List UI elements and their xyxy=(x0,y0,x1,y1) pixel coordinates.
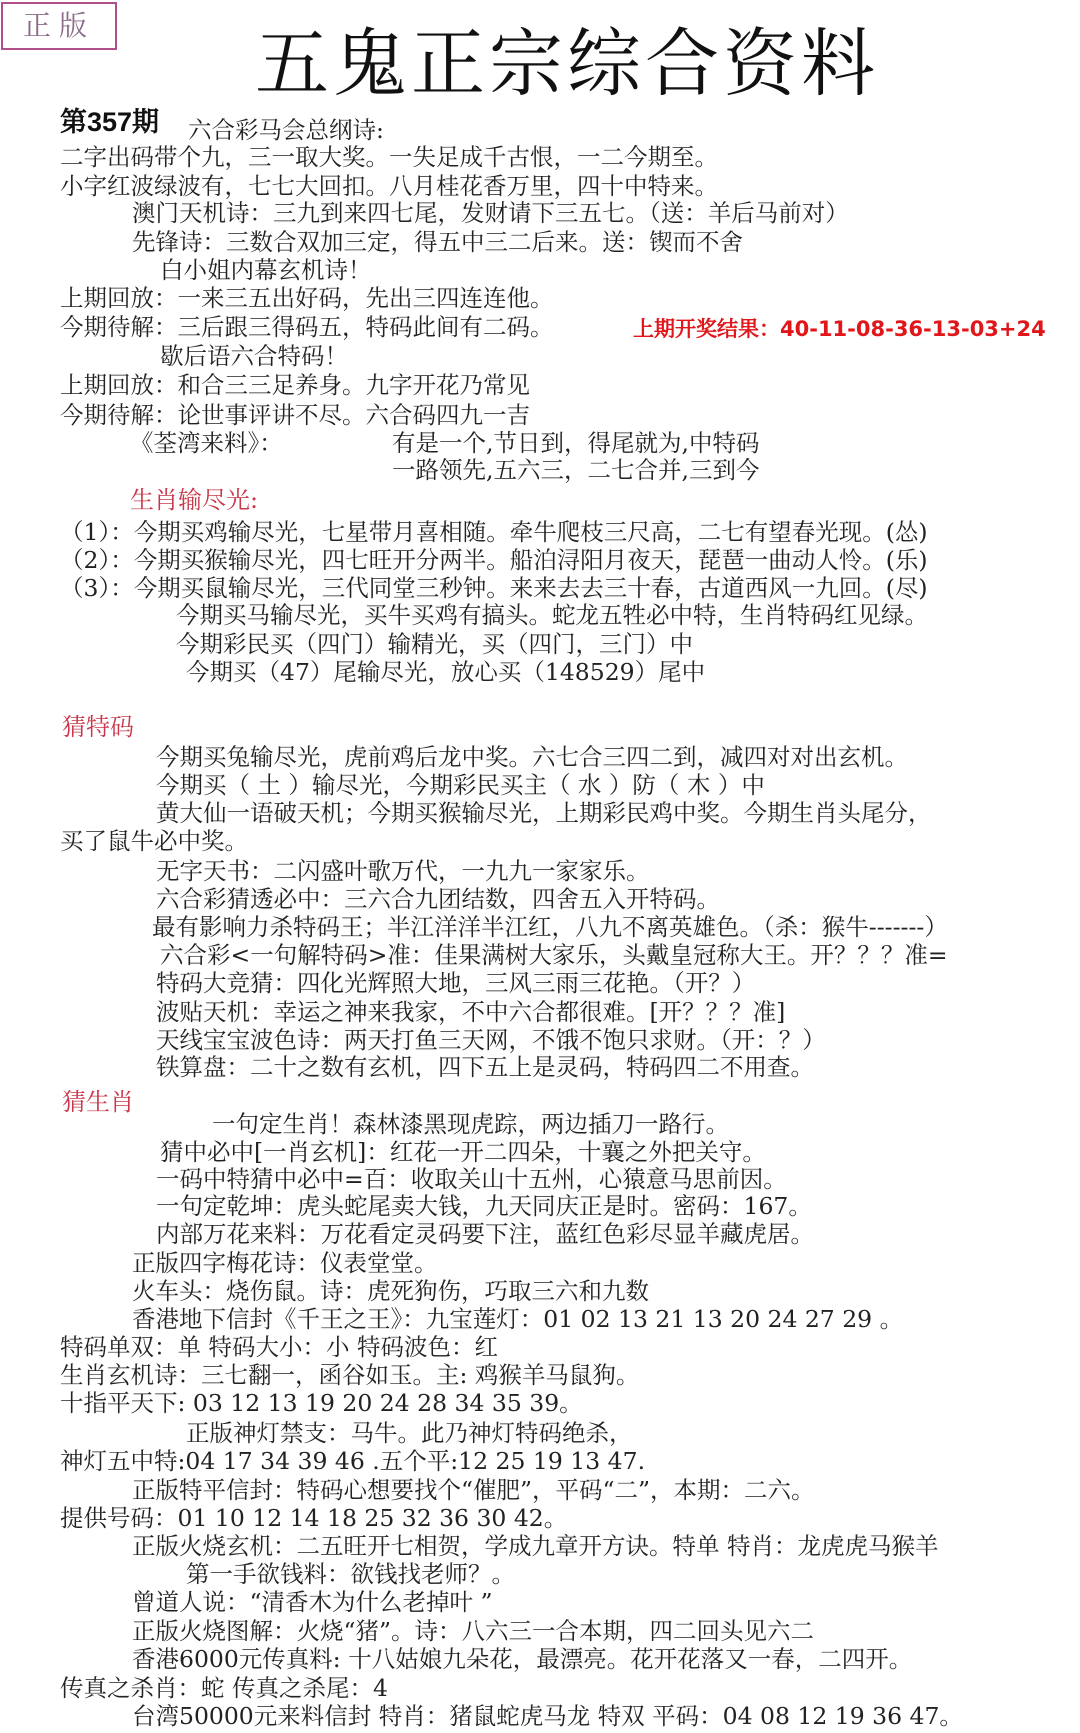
text-line: 最有影响力杀特码王；半江洋洋半江红，八九不离英雄色。（杀：猴牛-------） xyxy=(152,913,948,941)
text-line: 澳门天机诗：三九到来四七尾，发财请下三五七。（送：羊后马前对） xyxy=(132,199,849,227)
text-line: 黄大仙一语破天机；今期买猴输尽光，上期彩民鸡中奖。今期生肖头尾分， xyxy=(156,799,932,827)
text-line: （2）：今期买猴输尽光，四七旺开分两半。船泊浔阳月夜天，琵琶一曲动人怜。(乐) xyxy=(60,546,928,574)
text-line: 正版火烧玄机：二五旺开七相贺，学成九章开方诀。特单 特肖：龙虎虎马猴羊 xyxy=(132,1532,938,1560)
text-line: 传真之杀肖：蛇 传真之杀尾：4 xyxy=(60,1674,388,1702)
text-line: （1）：今期买鸡输尽光，七星带月喜相随。牵牛爬枝三尺高，二七有望春光现。(怂) xyxy=(60,518,928,546)
text-line: （3）：今期买鼠输尽光，三代同堂三秒钟。来来去去三十春，古道西风一九回。(尽) xyxy=(60,574,928,602)
text-line: 波贴天机：幸运之神来我家，不中六合都很难。[开？？？准] xyxy=(156,998,785,1026)
text-line: 生肖玄机诗：三七翻一，函谷如玉。主: 鸡猴羊马鼠狗。 xyxy=(60,1361,639,1389)
text-line: 二字出码带个九，三一取大奖。一失足成千古恨，一二今期至。 xyxy=(60,143,718,171)
text-line: 今期买马输尽光，买牛买鸡有搞头。蛇龙五牲必中特，生肖特码红见绿。 xyxy=(176,601,928,629)
text-line: 第一手欲钱料：欲钱找老师？。 xyxy=(186,1560,515,1588)
section-heading-guess-zodiac: 猜生肖 xyxy=(62,1082,134,1117)
text-line: 正版火烧图解：火烧“猪”。诗：八六三一合本期，四二回头见六二 xyxy=(132,1617,814,1645)
text-line: 先锋诗：三数合双加三定，得五中三二后来。送：锲而不舍 xyxy=(132,228,743,256)
text-line: 今期待解：论世事评讲不尽。六合码四九一吉 xyxy=(60,401,530,429)
text-line: 香港6000元传真料: 十八姑娘九朵花，最漂亮。花开花落又一春，二四开。 xyxy=(132,1645,912,1673)
text-line: 歇后语六合特码！ xyxy=(160,342,348,370)
text-line: 买了鼠牛必中奖。 xyxy=(60,827,248,855)
text-line: 一码中特猜中必中=百：收取关山十五州，心猿意马思前因。 xyxy=(156,1165,787,1193)
text-line: 曾道人说：“清香木为什么老掉叶 ” xyxy=(132,1588,493,1616)
text-line: 一句定生肖！森林漆黑现虎踪，两边插刀一路行。 xyxy=(212,1110,729,1138)
text-line: 内部万花来料：万花看定灵码要下注，蓝红色彩尽显羊藏虎居。 xyxy=(156,1220,814,1248)
section-heading-zodiac-lose: 生肖输尽光: xyxy=(130,480,258,515)
text-line: 《荃湾来料》： xyxy=(130,429,283,457)
text-line: 小字红波绿波有，七七大回扣。八月桂花香万里，四十中特来。 xyxy=(60,172,718,200)
text-line: 今期待解：三后跟三得码五，特码此间有二码。 xyxy=(60,313,554,341)
text-line: 特码大竞猜：四化光辉照大地，三风三雨三花艳。（开？） xyxy=(156,969,755,997)
last-draw-result: 上期开奖结果：40-11-08-36-13-03+24 xyxy=(633,313,1046,343)
text-line: 铁算盘：二十之数有玄机，四下五上是灵码，特码四二不用查。 xyxy=(156,1053,814,1081)
text-line: 正版神灯禁支：马牛。此乃神灯特码绝杀， xyxy=(186,1419,633,1447)
text-line: 十指平天下: 03 12 13 19 20 24 28 34 35 39。 xyxy=(60,1389,583,1417)
text-line: 正版特平信封：特码心想要找个“催肥”，平码“二”，本期：二六。 xyxy=(132,1476,815,1504)
text-line: 提供号码：01 10 12 14 18 25 32 36 30 42。 xyxy=(60,1504,567,1532)
text-line: 香港地下信封《千王之王》：九宝莲灯：01 02 13 21 13 20 24 2… xyxy=(132,1305,903,1333)
text-line: 特码单双：单 特码大小：小 特码波色：红 xyxy=(60,1333,498,1361)
text-line: 台湾50000元来料信封 特肖：猪鼠蛇虎马龙 特双 平码：04 08 12 19… xyxy=(132,1702,963,1730)
text-line: 白小姐内幕玄机诗！ xyxy=(160,256,372,284)
text-line: 上期回放：和合三三足养身。九字开花乃常见 xyxy=(60,371,530,399)
text-line: 六合彩马会总纲诗: xyxy=(188,116,384,144)
text-line: 猜中必中[一肖玄机]：红花一开二四朵，十襄之外把关守。 xyxy=(160,1138,766,1166)
issue-number: 第357期 xyxy=(60,100,159,139)
text-line: 火车头：烧伤鼠。诗：虎死狗伤，巧取三六和九数 xyxy=(132,1277,649,1305)
text-line: 今期买（47）尾输尽光，放心买（148529）尾中 xyxy=(186,658,705,686)
authentic-stamp: 正版 xyxy=(1,2,117,50)
text-line: 神灯五中特:04 17 34 39 46 .五个平:12 25 19 13 47… xyxy=(60,1447,645,1475)
text-line: 有是一个,节日到，得尾就为,中特码 xyxy=(392,429,759,457)
text-line: 无字天书：二闪盛叶歌万代，一九九一家家乐。 xyxy=(156,857,650,885)
section-heading-guess-special: 猜特码 xyxy=(62,707,134,742)
text-line: 今期彩民买（四门）输精光，买（四门，三门）中 xyxy=(176,630,693,658)
text-line: 一路领先,五六三，二七合并,三到今 xyxy=(392,456,759,484)
text-line: 一句定乾坤：虎头蛇尾卖大钱，九天同庆正是时。密码：167。 xyxy=(156,1192,812,1220)
text-line: 六合彩<一句解特码>准：佳果满树大家乐，头戴皇冠称大王。开？？？准= xyxy=(160,941,948,969)
text-line: 上期回放：一来三五出好码，先出三四连连他。 xyxy=(60,284,554,312)
page-title: 五鬼正宗综合资料 xyxy=(255,22,879,106)
text-line: 天线宝宝波色诗：两天打鱼三天网，不饿不饱只求财。（开：？） xyxy=(156,1026,826,1054)
text-line: 今期买（ 土 ）输尽光，今期彩民买主（ 水 ）防（ 木 ）中 xyxy=(156,771,765,799)
text-line: 今期买兔输尽光，虎前鸡后龙中奖。六七合三四二到，减四对对出玄机。 xyxy=(156,743,908,771)
text-line: 六合彩猜透必中：三六合九团结数，四舍五入开特码。 xyxy=(156,885,720,913)
text-line: 正版四字梅花诗：仪表堂堂。 xyxy=(132,1249,438,1277)
